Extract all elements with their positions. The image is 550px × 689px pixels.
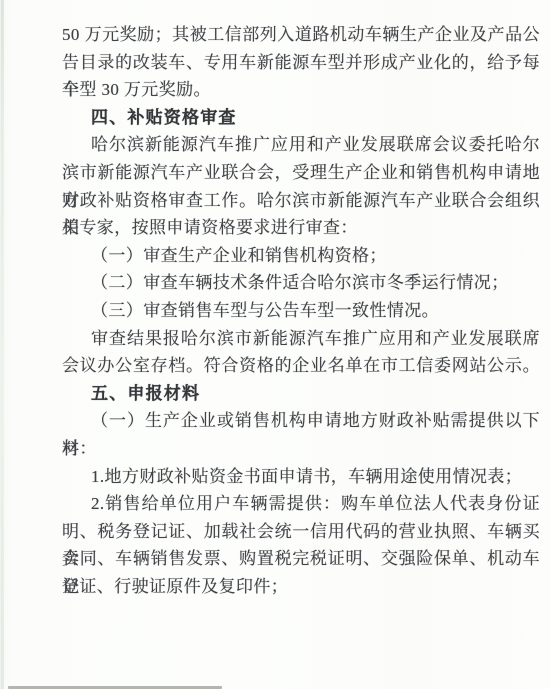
- scan-edge-shadow: [1, 0, 4, 689]
- scanned-document-page: 50 万元奖励；其被工信部列入道路机动车辆生产企业及产品公告目录的改装车、专用车…: [0, 0, 550, 689]
- section-heading: 五、申报材料: [62, 380, 540, 408]
- text-line: 记证、行驶证原件及复印件；: [62, 573, 540, 601]
- text-line: 财政补贴资格审查工作。哈尔滨市新能源汽车产业联合会组织相: [62, 187, 540, 215]
- text-line: （三）审查销售车型与公告车型一致性情况。: [62, 297, 540, 325]
- text-line: （一）生产企业或销售机构申请地方财政补贴需提供以下材: [62, 407, 540, 435]
- text-line: 滨市新能源汽车产业联合会，受理生产企业和销售机构申请地方: [62, 159, 540, 187]
- text-line: 明、税务登记证、加载社会统一信用代码的营业执照、车辆买卖: [62, 518, 540, 546]
- text-line: 50 万元奖励；其被工信部列入道路机动车辆生产企业及产品公: [62, 21, 540, 49]
- text-line: 关专家，按照申请资格要求进行审查：: [62, 214, 540, 242]
- text-line: 审查结果报哈尔滨市新能源汽车推广应用和产业发展联席: [62, 325, 540, 353]
- document-body: 50 万元奖励；其被工信部列入道路机动车辆生产企业及产品公告目录的改装车、专用车…: [62, 21, 540, 600]
- text-line: 料：: [62, 435, 540, 463]
- text-line: 哈尔滨新能源汽车推广应用和产业发展联席会议委托哈尔: [62, 131, 540, 159]
- text-line: （二）审查车辆技术条件适合哈尔滨市冬季运行情况；: [62, 269, 540, 297]
- text-line: 会议办公室存档。符合资格的企业名单在市工信委网站公示。: [62, 352, 540, 380]
- text-line: 告目录的改装车、专用车新能源车型并形成产业化的，给予每个: [62, 49, 540, 77]
- text-line: 合同、车辆销售发票、购置税完税证明、交强险保单、机动车登: [62, 545, 540, 573]
- text-line: 2.销售给单位用户车辆需提供：购车单位法人代表身份证: [62, 490, 540, 518]
- text-line: 1.地方财政补贴资金书面申请书，车辆用途使用情况表；: [62, 463, 540, 491]
- section-heading: 四、补贴资格审查: [62, 104, 540, 132]
- text-line: 车型 30 万元奖励。: [62, 76, 540, 104]
- text-line: （一）审查生产企业和销售机构资格；: [62, 242, 540, 270]
